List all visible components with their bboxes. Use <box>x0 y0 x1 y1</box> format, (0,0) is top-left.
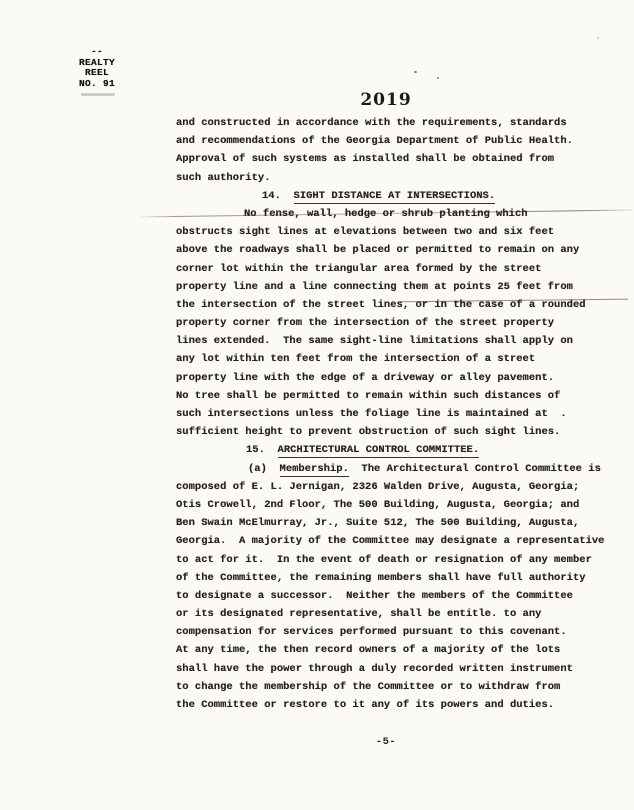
reel-stamp-line-reel: REEL <box>70 68 124 79</box>
text-run: (a) <box>248 463 280 475</box>
text-run: sufficient height to prevent obstruction… <box>176 426 560 438</box>
document-line: No tree shall be permitted to remain wit… <box>176 387 612 405</box>
text-run: 14. <box>262 190 294 202</box>
document-line: the Committee or restore to it any of it… <box>176 696 612 714</box>
text-run: No tree shall be permitted to remain wit… <box>176 390 560 402</box>
text-run: of the Committee, the remaining members … <box>176 572 586 584</box>
text-run: corner lot within the triangular area fo… <box>176 263 541 275</box>
text-run: to change the membership of the Committe… <box>176 681 560 693</box>
underlined-text-run: Membership. <box>280 463 349 477</box>
document-line: such intersections unless the foliage li… <box>176 405 612 423</box>
document-line: lines extended. The same sight-line limi… <box>176 332 612 350</box>
document-line: property corner from the intersection of… <box>176 314 612 332</box>
document-line: compensation for services performed purs… <box>176 623 612 641</box>
section-14-heading: 14. SIGHT DISTANCE AT INTERSECTIONS. <box>176 187 612 205</box>
document-line: No fense, wall, hedge or shrub planting … <box>176 205 612 223</box>
document-body: and constructed in accordance with the r… <box>176 114 612 714</box>
scan-speck <box>597 37 599 39</box>
text-run: the intersection of the street lines, or… <box>176 299 586 311</box>
text-run: such intersections unless the foliage li… <box>176 408 567 420</box>
document-line: of the Committee, the remaining members … <box>176 569 612 587</box>
stamp-smudge-mark <box>81 93 115 96</box>
document-line: Approval of such systems as installed sh… <box>176 150 612 168</box>
reel-stamp-dashes: -- <box>70 47 124 58</box>
realty-reel-stamp: -- REALTY REEL NO. 91 <box>70 47 124 89</box>
document-line: property line and a line connecting them… <box>176 278 612 296</box>
document-line: composed of E. L. Jernigan, 2326 Walden … <box>176 478 612 496</box>
text-run: obstructs sight lines at elevations betw… <box>176 226 554 238</box>
text-run: Approval of such systems as installed sh… <box>176 153 554 165</box>
text-run: At any time, the then record owners of a… <box>176 644 560 656</box>
document-line: to designate a successor. Neither the me… <box>176 587 612 605</box>
document-line: and recommendations of the Georgia Depar… <box>176 132 612 150</box>
text-run: shall have the power through a duly reco… <box>176 663 573 675</box>
text-run: to act for it. In the event of death or … <box>176 554 592 566</box>
reel-stamp-line-no: NO. 91 <box>70 79 124 90</box>
underlined-text-run: SIGHT DISTANCE AT INTERSECTIONS. <box>294 190 496 204</box>
text-run: property corner from the intersection of… <box>176 317 554 329</box>
text-run: any lot within ten feet from the interse… <box>176 353 535 365</box>
document-line: and constructed in accordance with the r… <box>176 114 612 132</box>
document-line: corner lot within the triangular area fo… <box>176 260 612 278</box>
text-run: the Committee or restore to it any of it… <box>176 699 554 711</box>
document-line: property line with the edge of a drivewa… <box>176 369 612 387</box>
text-run: compensation for services performed purs… <box>176 626 567 638</box>
text-run: and constructed in accordance with the r… <box>176 117 567 129</box>
document-line: any lot within ten feet from the interse… <box>176 350 612 368</box>
document-line: obstructs sight lines at elevations betw… <box>176 223 612 241</box>
document-line: above the roadways shall be placed or pe… <box>176 241 612 259</box>
document-line: Ben Swain McElmurray, Jr., Suite 512, Th… <box>176 514 612 532</box>
document-line: or its designated representative, shall … <box>176 605 612 623</box>
text-run: No fense, wall, hedge or shrub planting … <box>244 208 528 220</box>
text-run: The Architectural Control Committee is <box>349 463 601 475</box>
document-line: the intersection of the street lines, or… <box>176 296 612 314</box>
text-run: such authority. <box>176 172 271 184</box>
document-line: to change the membership of the Committe… <box>176 678 612 696</box>
document-line: At any time, the then record owners of a… <box>176 641 612 659</box>
document-line: Georgia. A majority of the Committee may… <box>176 532 612 550</box>
scan-speck <box>437 77 439 79</box>
text-run: 15. <box>246 444 278 456</box>
text-run: Otis Crowell, 2nd Floor, The 500 Buildin… <box>176 499 579 511</box>
scanned-document-page: -- REALTY REEL NO. 91 2019 and construct… <box>0 0 634 810</box>
text-run: property line and a line connecting them… <box>176 281 573 293</box>
text-run: and recommendations of the Georgia Depar… <box>176 135 573 147</box>
text-run: composed of E. L. Jernigan, 2326 Walden … <box>176 481 579 493</box>
section-15-heading: 15. ARCHITECTURAL CONTROL COMMITTEE. <box>176 441 612 459</box>
book-page-number: 2019 <box>176 90 596 110</box>
text-run: lines extended. The same sight-line limi… <box>176 335 573 347</box>
text-run: or its designated representative, shall … <box>176 608 541 620</box>
text-run: property line with the edge of a drivewa… <box>176 372 554 384</box>
document-line: shall have the power through a duly reco… <box>176 660 612 678</box>
underlined-text-run: ARCHITECTURAL CONTROL COMMITTEE. <box>278 444 480 458</box>
membership-subheading-line: (a) Membership. The Architectural Contro… <box>176 460 612 478</box>
scan-speck <box>414 71 417 73</box>
text-run: Ben Swain McElmurray, Jr., Suite 512, Th… <box>176 517 579 529</box>
document-line: Otis Crowell, 2nd Floor, The 500 Buildin… <box>176 496 612 514</box>
text-run: to designate a successor. Neither the me… <box>176 590 573 602</box>
text-run: above the roadways shall be placed or pe… <box>176 244 579 256</box>
document-line: such authority. <box>176 169 612 187</box>
document-line: sufficient height to prevent obstruction… <box>176 423 612 441</box>
document-line: to act for it. In the event of death or … <box>176 551 612 569</box>
text-run: Georgia. A majority of the Committee may… <box>176 535 604 547</box>
footer-page-number: -5- <box>176 736 596 748</box>
